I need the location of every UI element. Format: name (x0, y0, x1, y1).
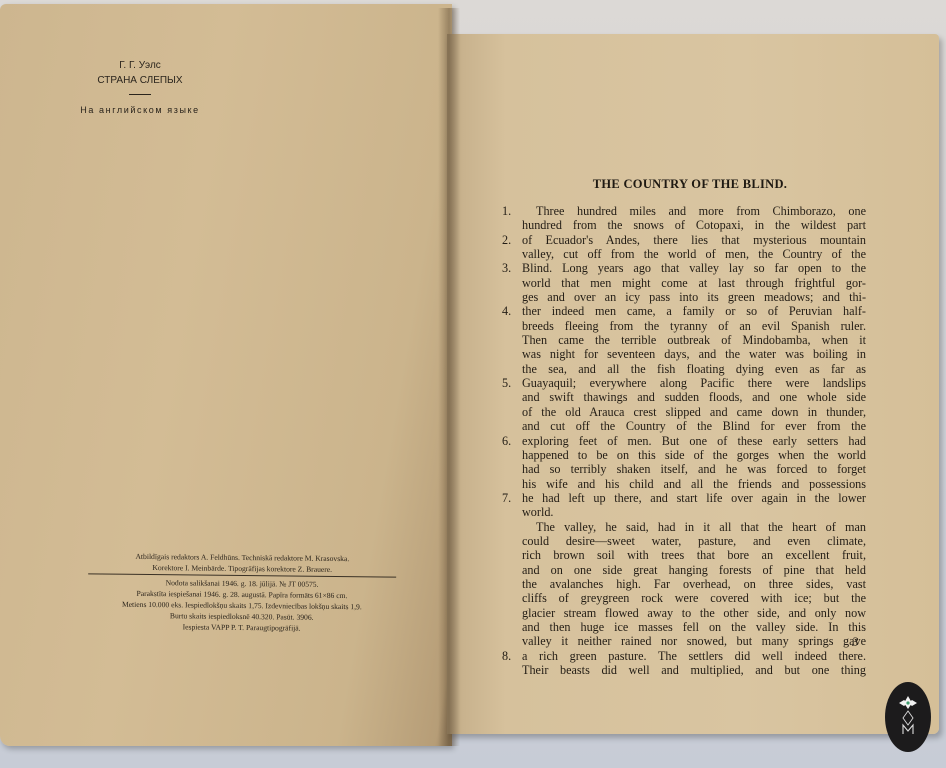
text-line: his wife and his child and all the frien… (506, 477, 866, 491)
line-number: 6. (502, 434, 511, 448)
text-line: world. (506, 505, 866, 519)
text-line: was night for seventeen days, and the wa… (506, 347, 866, 361)
text-line: of the old Arauca crest slipped and came… (506, 405, 866, 419)
text-line: ges and over an icy pass into its green … (506, 290, 866, 304)
text-line: and on one side great hanging forests of… (506, 563, 866, 577)
text-line: 7.he had left up there, and start life o… (506, 491, 866, 505)
colophon: Atbildīgais redaktors A. Feldhūns. Techn… (84, 550, 401, 634)
book-title-russian: СТРАНА СЛЕПЫХ (40, 73, 240, 88)
text-line: had so terribly shaken itself, and he wa… (506, 462, 866, 476)
text-line: and swift thawings and sudden floods, an… (506, 390, 866, 404)
line-number: 7. (502, 491, 511, 505)
text-line: Their beasts did well and multiplied, an… (506, 663, 866, 677)
text-line: valley, cut off from the world of men, t… (506, 247, 866, 261)
text-line: 3.Blind. Long years ago that valley lay … (506, 261, 866, 275)
language-note: На английском языке (40, 103, 240, 118)
line-number: 2. (502, 233, 511, 247)
text-line: world that men might come at last throug… (506, 276, 866, 290)
line-number: 3. (502, 261, 511, 275)
line-number: 8. (502, 649, 511, 663)
title-rule (129, 94, 151, 95)
text-line: cliffs of greygreen rock were covered wi… (506, 591, 866, 605)
chapter-title: THE COUNTRY OF THE BLIND. (500, 177, 880, 192)
text-line: 4.ther indeed men came, a family or so o… (506, 304, 866, 318)
text-line: The valley, he said, had in it all that … (506, 520, 866, 534)
text-line: Then came the terrible outbreak of Mindo… (506, 333, 866, 347)
line-number: 1. (502, 204, 511, 218)
text-line: valley it neither rained nor snowed, but… (506, 634, 866, 648)
book-gutter (438, 8, 460, 746)
line-number: 4. (502, 304, 511, 318)
author-name: Г. Г. Уэлс (40, 58, 240, 73)
body-text: 1.Three hundred miles and more from Chim… (506, 204, 866, 677)
text-line: the sea, and all the fish floating dying… (506, 362, 866, 376)
text-line: 2.of Ecuador's Andes, there lies that my… (506, 233, 866, 247)
text-line: could desire—sweet water, pasture, and e… (506, 534, 866, 548)
text-line: glacier stream flowed away to the other … (506, 606, 866, 620)
text-line: hundred from the snows of Cotopaxi, in t… (506, 218, 866, 232)
text-line: 8.a rich green pasture. The settlers did… (506, 649, 866, 663)
text-line: and cut off the Country of the Blind for… (506, 419, 866, 433)
text-line: 1.Three hundred miles and more from Chim… (506, 204, 866, 218)
watermark-logo (885, 682, 931, 752)
text-line: rich brown soil with trees that bore an … (506, 548, 866, 562)
page-number: 3 (852, 634, 859, 650)
text-line: and then huge ice masses fell on the val… (506, 620, 866, 634)
text-line: happened to be on this side of the gorge… (506, 448, 866, 462)
russian-title-block: Г. Г. Уэлс СТРАНА СЛЕПЫХ На английском я… (40, 58, 240, 118)
logo-mark-icon (885, 682, 931, 752)
line-number: 5. (502, 376, 511, 390)
text-line: 6.exploring feet of men. But one of thes… (506, 434, 866, 448)
text-line: 5.Guayaquil; everywhere along Pacific th… (506, 376, 866, 390)
text-line: breeds fleeing from the tyranny of an ev… (506, 319, 866, 333)
text-line: the avalanches high. Far overhead, on th… (506, 577, 866, 591)
